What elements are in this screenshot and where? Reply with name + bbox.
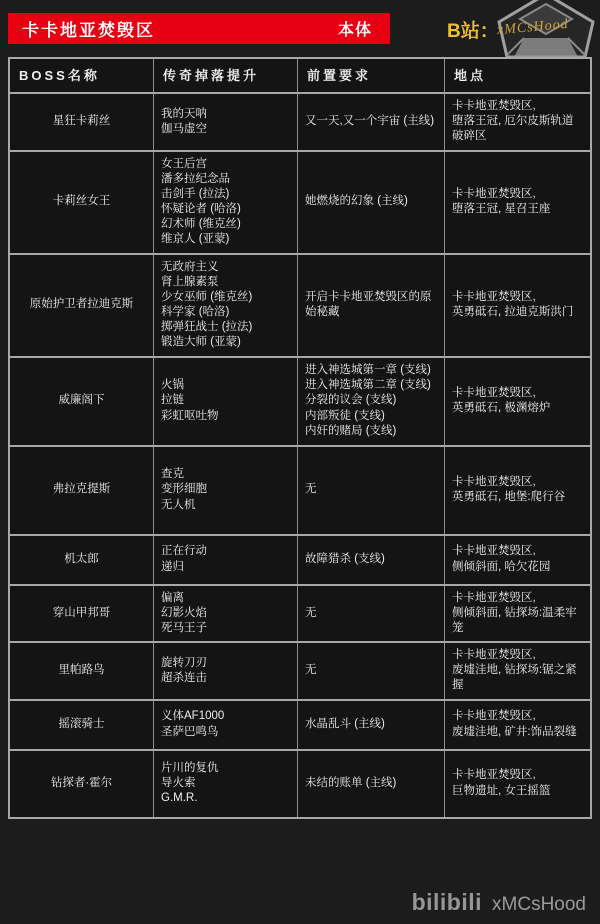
- table-row: 星狂卡莉丝我的天呐伽马虚空又一天,又一个宇宙 (主线)卡卡地亚焚毁区,堕落王冠,…: [10, 92, 590, 150]
- cell-line: 卡卡地亚焚毁区,: [452, 768, 583, 783]
- top-bar: 卡卡地亚焚毁区 本体 B站： xMCsHood: [0, 0, 600, 57]
- header-location: 地点: [445, 59, 590, 92]
- cell-line: 旋转刀刃: [161, 656, 290, 671]
- cell-line: 巨物遗址, 女王摇篮: [452, 784, 583, 799]
- location-cell: 卡卡地亚焚毁区,堕落王冠, 厄尔皮斯轨道破碎区: [445, 94, 590, 150]
- boss-name-cell: 卡莉丝女王: [10, 152, 154, 253]
- header-boss-name: BOSS名称: [10, 59, 154, 92]
- prereq-cell: 无: [298, 586, 445, 642]
- drops-cell: 火锅拉链彩虹呕吐物: [154, 358, 298, 445]
- header-legendary-drops: 传奇掉落提升: [154, 59, 298, 92]
- table-row: 摇滚骑士义体AF1000圣萨巴鸣鸟水晶乱斗 (主线)卡卡地亚焚毁区,废墟洼地, …: [10, 699, 590, 749]
- cell-line: 卡卡地亚焚毁区,: [452, 709, 583, 724]
- boss-name-cell: 星狂卡莉丝: [10, 94, 154, 150]
- drops-cell: 无政府主义肾上腺素泵少女巫师 (维克丝)科学家 (哈洛)掷弹狂战士 (拉法)锻造…: [154, 255, 298, 356]
- prereq-cell: 无: [298, 643, 445, 699]
- cell-line: 开启卡卡地亚焚毁区的原始秘藏: [305, 290, 437, 320]
- cell-line: 英勇砥石, 极渊熔炉: [452, 401, 583, 416]
- title-bar: 卡卡地亚焚毁区 本体: [8, 13, 390, 44]
- boss-name-cell: 弗拉克提斯: [10, 447, 154, 534]
- cell-line: 未结的账单 (主线): [305, 776, 437, 791]
- table-row: 机太郎正在行动递归故障猎杀 (支线)卡卡地亚焚毁区,侧倾斜面, 哈欠花园: [10, 534, 590, 584]
- cell-line: 肾上腺素泵: [161, 275, 290, 290]
- table-row: 威廉阁下火锅拉链彩虹呕吐物进入神选城第一章 (支线)进入神选城第二章 (支线)分…: [10, 356, 590, 445]
- cell-line: 她燃烧的幻象 (主线): [305, 194, 437, 209]
- cell-line: 科学家 (哈洛): [161, 305, 290, 320]
- drops-cell: 偏离幻影火焰死马王子: [154, 586, 298, 642]
- cell-line: 少女巫师 (维克丝): [161, 290, 290, 305]
- location-cell: 卡卡地亚焚毁区,巨物遗址, 女王摇篮: [445, 751, 590, 817]
- drops-cell: 女王后宫潘多拉纪念品击剑手 (拉法)怀疑论者 (哈洛)幻术师 (维克丝)维京人 …: [154, 152, 298, 253]
- table-row: 弗拉克提斯查克变形细胞无人机无卡卡地亚焚毁区,英勇砥石, 地堡:爬行谷: [10, 445, 590, 534]
- location-cell: 卡卡地亚焚毁区,堕落王冠, 星召王座: [445, 152, 590, 253]
- cell-line: 幻影火焰: [161, 606, 290, 621]
- cell-line: 废墟洼地, 矿井:饰品裂缝: [452, 725, 583, 740]
- prereq-cell: 故障猎杀 (支线): [298, 536, 445, 584]
- boss-name-cell: 机太郎: [10, 536, 154, 584]
- table-body: 星狂卡莉丝我的天呐伽马虚空又一天,又一个宇宙 (主线)卡卡地亚焚毁区,堕落王冠,…: [10, 92, 590, 817]
- prereq-cell: 无: [298, 447, 445, 534]
- cell-line: 侧倾斜面, 钻探场:温柔牢笼: [452, 606, 583, 636]
- location-cell: 卡卡地亚焚毁区,废墟洼地, 矿井:饰品裂缝: [445, 701, 590, 749]
- prereq-cell: 她燃烧的幻象 (主线): [298, 152, 445, 253]
- table-row: 穿山甲邦哥偏离幻影火焰死马王子无卡卡地亚焚毁区,侧倾斜面, 钻探场:温柔牢笼: [10, 584, 590, 642]
- cell-line: 废墟洼地, 钻探场:锯之紧握: [452, 663, 583, 693]
- location-cell: 卡卡地亚焚毁区,英勇砥石, 极渊熔炉: [445, 358, 590, 445]
- cell-line: 锻造大师 (亚蒙): [161, 335, 290, 350]
- cell-line: 片川的复仇: [161, 761, 290, 776]
- prereq-cell: 又一天,又一个宇宙 (主线): [298, 94, 445, 150]
- prereq-cell: 开启卡卡地亚焚毁区的原始秘藏: [298, 255, 445, 356]
- cell-line: 变形细胞: [161, 482, 290, 497]
- table-row: 卡莉丝女王女王后宫潘多拉纪念品击剑手 (拉法)怀疑论者 (哈洛)幻术师 (维克丝…: [10, 150, 590, 253]
- cell-line: 查克: [161, 467, 290, 482]
- cell-line: 无: [305, 606, 437, 621]
- cell-line: 堕落王冠, 星召王座: [452, 202, 583, 217]
- cell-line: 幻术师 (维克丝): [161, 217, 290, 232]
- cell-line: 偏离: [161, 591, 290, 606]
- boss-name-cell: 摇滚骑士: [10, 701, 154, 749]
- cell-line: 义体AF1000: [161, 709, 290, 724]
- cell-line: 卡卡地亚焚毁区,: [452, 475, 583, 490]
- cell-line: 进入神选城第一章 (支线): [305, 363, 437, 378]
- drops-cell: 正在行动递归: [154, 536, 298, 584]
- cell-line: 维京人 (亚蒙): [161, 232, 290, 247]
- cell-line: 进入神选城第二章 (支线): [305, 378, 437, 393]
- cell-line: 递归: [161, 560, 290, 575]
- prereq-cell: 进入神选城第一章 (支线)进入神选城第二章 (支线)分裂的议会 (支线)内部叛徒…: [298, 358, 445, 445]
- drops-cell: 旋转刀刃超杀连击: [154, 643, 298, 699]
- cell-line: 英勇砥石, 拉迪克斯洪门: [452, 305, 583, 320]
- cell-line: 死马王子: [161, 621, 290, 636]
- boss-name-cell: 钻探者·霍尔: [10, 751, 154, 817]
- cell-line: 潘多拉纪念品: [161, 172, 290, 187]
- footer: bilibili xMCsHood: [412, 889, 586, 916]
- location-cell: 卡卡地亚焚毁区,侧倾斜面, 钻探场:温柔牢笼: [445, 586, 590, 642]
- drops-cell: 片川的复仇导火索G.M.R.: [154, 751, 298, 817]
- footer-handle: xMCsHood: [492, 894, 586, 916]
- cell-line: 击剑手 (拉法): [161, 187, 290, 202]
- location-cell: 卡卡地亚焚毁区,侧倾斜面, 哈欠花园: [445, 536, 590, 584]
- cell-line: 圣萨巴鸣鸟: [161, 725, 290, 740]
- cell-line: 卡卡地亚焚毁区,: [452, 99, 583, 114]
- table-row: 钻探者·霍尔片川的复仇导火索G.M.R.未结的账单 (主线)卡卡地亚焚毁区,巨物…: [10, 749, 590, 817]
- bsite-label: B站：: [447, 16, 499, 43]
- cell-line: 无政府主义: [161, 260, 290, 275]
- cell-line: 怀疑论者 (哈洛): [161, 202, 290, 217]
- bilibili-logo: bilibili: [412, 889, 482, 916]
- header-prerequisite: 前置要求: [298, 59, 445, 92]
- cell-line: 掷弹狂战士 (拉法): [161, 320, 290, 335]
- cell-line: 女王后宫: [161, 157, 290, 172]
- cell-line: 伽马虚空: [161, 122, 290, 137]
- cell-line: 正在行动: [161, 544, 290, 559]
- table-row: 里帕路鸟旋转刀刃超杀连击无卡卡地亚焚毁区,废墟洼地, 钻探场:锯之紧握: [10, 641, 590, 699]
- cell-line: 我的天呐: [161, 107, 290, 122]
- cell-line: 无人机: [161, 498, 290, 513]
- cell-line: 又一天,又一个宇宙 (主线): [305, 114, 437, 129]
- cell-line: 侧倾斜面, 哈欠花园: [452, 560, 583, 575]
- cell-line: 卡卡地亚焚毁区,: [452, 187, 583, 202]
- prereq-cell: 水晶乱斗 (主线): [298, 701, 445, 749]
- cell-line: 火锅: [161, 378, 290, 393]
- boss-name-cell: 原始护卫者拉迪克斯: [10, 255, 154, 356]
- cell-line: 内部叛徒 (支线): [305, 409, 437, 424]
- cell-line: 卡卡地亚焚毁区,: [452, 290, 583, 305]
- cell-line: 卡卡地亚焚毁区,: [452, 544, 583, 559]
- table-header-row: BOSS名称 传奇掉落提升 前置要求 地点: [10, 59, 590, 92]
- page: 卡卡地亚焚毁区 本体 B站： xMCsHood BOSS名称 传奇掉落提升 前置…: [0, 0, 600, 924]
- cell-line: 内奸的赌局 (支线): [305, 424, 437, 439]
- cell-line: G.M.R.: [161, 791, 290, 806]
- location-cell: 卡卡地亚焚毁区,英勇砥石, 拉迪克斯洪门: [445, 255, 590, 356]
- cell-line: 故障猎杀 (支线): [305, 552, 437, 567]
- cell-line: 导火索: [161, 776, 290, 791]
- cell-line: 彩虹呕吐物: [161, 409, 290, 424]
- boss-name-cell: 穿山甲邦哥: [10, 586, 154, 642]
- cell-line: 超杀连击: [161, 671, 290, 686]
- page-title: 卡卡地亚焚毁区: [8, 16, 155, 41]
- boss-name-cell: 里帕路鸟: [10, 643, 154, 699]
- brand-area: B站： xMCsHood: [435, 0, 600, 58]
- drops-cell: 义体AF1000圣萨巴鸣鸟: [154, 701, 298, 749]
- drops-cell: 我的天呐伽马虚空: [154, 94, 298, 150]
- cell-line: 英勇砥石, 地堡:爬行谷: [452, 490, 583, 505]
- cell-line: 分裂的议会 (支线): [305, 393, 437, 408]
- cell-line: 无: [305, 482, 437, 497]
- cell-line: 卡卡地亚焚毁区,: [452, 591, 583, 606]
- cell-line: 卡卡地亚焚毁区,: [452, 386, 583, 401]
- boss-table: BOSS名称 传奇掉落提升 前置要求 地点 星狂卡莉丝我的天呐伽马虚空又一天,又…: [8, 57, 592, 819]
- cell-line: 卡卡地亚焚毁区,: [452, 648, 583, 663]
- drops-cell: 查克变形细胞无人机: [154, 447, 298, 534]
- prereq-cell: 未结的账单 (主线): [298, 751, 445, 817]
- table-row: 原始护卫者拉迪克斯无政府主义肾上腺素泵少女巫师 (维克丝)科学家 (哈洛)掷弹狂…: [10, 253, 590, 356]
- cell-line: 水晶乱斗 (主线): [305, 717, 437, 732]
- cell-line: 拉链: [161, 393, 290, 408]
- cell-line: 无: [305, 663, 437, 678]
- edition-label: 本体: [338, 17, 390, 40]
- location-cell: 卡卡地亚焚毁区,废墟洼地, 钻探场:锯之紧握: [445, 643, 590, 699]
- location-cell: 卡卡地亚焚毁区,英勇砥石, 地堡:爬行谷: [445, 447, 590, 534]
- boss-name-cell: 威廉阁下: [10, 358, 154, 445]
- cell-line: 堕落王冠, 厄尔皮斯轨道破碎区: [452, 114, 583, 144]
